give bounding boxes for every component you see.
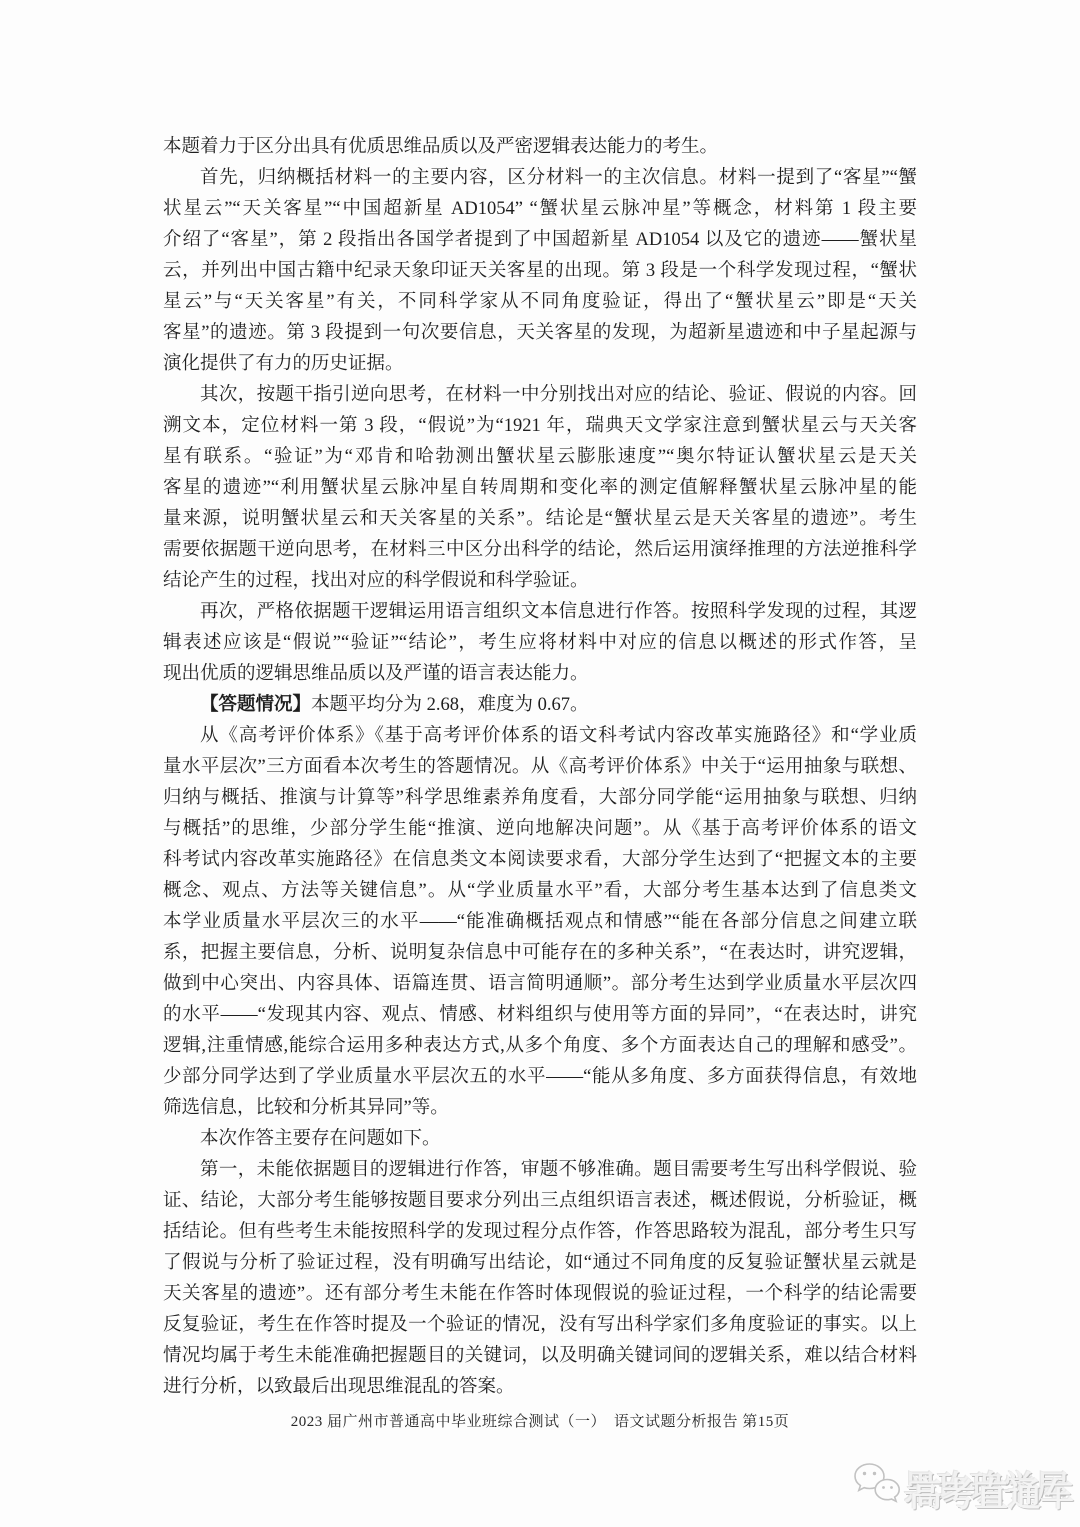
text-line: 反复验证，考生在作答时提及一个验证的情况，没有写出科学家们多角度验证的事实。以上 <box>163 1310 917 1341</box>
text-line: 第一，未能依据题目的逻辑进行作答，审题不够准确。题目需要考生写出科学假说、验 <box>163 1155 917 1186</box>
document-page: 本题着力于区分出具有优质思维品质以及严密逻辑表达能力的考生。首先，归纳概括材料一… <box>0 0 1080 1527</box>
text-line: 从《高考评价体系》《基于高考评价体系的语文科考试内容改革实施路径》和“学业质 <box>163 721 917 752</box>
text-line: 的水平——“发现其内容、观点、情感、材料组织与使用等方面的异同”，“在表达时，讲… <box>163 1000 917 1031</box>
text-line: 介绍了“客星”，第 2 段指出各国学者提到了中国超新星 AD1054 以及它的遗… <box>163 225 917 256</box>
text-line: 星云”与“天关客星”有关，不同科学家从不同角度验证，得出了“蟹状星云”即是“天关 <box>163 287 917 318</box>
text-line: 系，把握主要信息，分析、说明复杂信息中可能存在的多种关系”，“在表达时，讲究逻辑… <box>163 938 917 969</box>
text-line: 证、结论，大部分考生能够按题目要求分列出三点组织语言表述，概述假说，分析验证，概 <box>163 1186 917 1217</box>
text-line: 量水平层次”三方面看本次考生的答题情况。从《高考评价体系》中关于“运用抽象与联想… <box>163 752 917 783</box>
text-line: 溯文本，定位材料一第 3 段，“假说”为“1921 年，瑞典天文学家注意到蟹状星… <box>163 411 917 442</box>
watermark-text-back: 黑玫瑰学屋 <box>904 1462 1069 1509</box>
document-body: 本题着力于区分出具有优质思维品质以及严密逻辑表达能力的考生。首先，归纳概括材料一… <box>163 132 917 1403</box>
text-line: 与概括”的思维，少部分学生能“推演、逆向地解决问题”。从《基于高考评价体系的语文 <box>163 814 917 845</box>
watermark-text-front: 高考直通车 <box>909 1469 1074 1516</box>
text-line: 客星”的遗迹。第 3 段提到一句次要信息，天关客星的发现，为超新星遗迹和中子星起… <box>163 318 917 349</box>
text-line: 结论产生的过程，找出对应的科学假说和科学验证。 <box>163 566 917 597</box>
text-line: 筛选信息，比较和分析其异同”等。 <box>163 1093 917 1124</box>
text-line: 首先，归纳概括材料一的主要内容，区分材料一的主次信息。材料一提到了“客星”“蟹 <box>163 163 917 194</box>
text-line: 【答题情况】本题平均分为 2.68，难度为 0.67。 <box>163 690 917 721</box>
text-line: 少部分同学达到了学业质量水平层次五的水平——“能从多角度、多方面获得信息，有效地 <box>163 1062 917 1093</box>
text-line: 归纳与概括、推演与计算等”科学思维素养角度看，大部分同学能“运用抽象与联想、归纳 <box>163 783 917 814</box>
text-line: 本次作答主要存在问题如下。 <box>163 1124 917 1155</box>
text-line: 进行分析，以致最后出现思维混乱的答案。 <box>163 1372 917 1403</box>
text-line: 本学业质量水平层次三的水平——“能准确概括观点和情感”“能在各部分信息之间建立联 <box>163 907 917 938</box>
text-line: 再次，严格依据题干逻辑运用语言组织文本信息进行作答。按照科学发现的过程，其逻 <box>163 597 917 628</box>
text-line: 云，并列出中国古籍中纪录天象印证天关客星的出现。第 3 段是一个科学发现过程，“… <box>163 256 917 287</box>
text-line: 做到中心突出、内容具体、语篇连贯、语言简明通顺”。部分考生达到学业质量水平层次四 <box>163 969 917 1000</box>
wechat-icon <box>852 1460 902 1513</box>
text-line: 情况均属于考生未能准确把握题目的关键词，以及明确关键词间的逻辑关系，难以结合材料 <box>163 1341 917 1372</box>
page-footer: 2023 届广州市普通高中毕业班综合测试（一） 语文试题分析报告 第15页 <box>0 1410 1080 1431</box>
text-line: 其次，按题干指引逆向思考，在材料一中分别找出对应的结论、验证、假说的内容。回 <box>163 380 917 411</box>
bold-label: 【答题情况】 <box>200 695 311 715</box>
text-line: 本题着力于区分出具有优质思维品质以及严密逻辑表达能力的考生。 <box>163 132 917 163</box>
text-line: 天关客星的遗迹”。还有部分考生未能在作答时体现假说的验证过程，一个科学的结论需要 <box>163 1279 917 1310</box>
text-line: 了假说与分析了验证过程，没有明确写出结论，如“通过不同角度的反复验证蟹状星云就是 <box>163 1248 917 1279</box>
text-line: 辑表述应该是“假说”“验证”“结论”，考生应将材料中对应的信息以概述的形式作答，… <box>163 628 917 659</box>
text-line: 科考试内容改革实施路径》在信息类文本阅读要求看，大部分学生达到了“把握文本的主要 <box>163 845 917 876</box>
text-line: 括结论。但有些考生未能按照科学的发现过程分点作答，作答思路较为混乱，部分考生只写 <box>163 1217 917 1248</box>
text-line: 量来源，说明蟹状星云和天关客星的关系”。结论是“蟹状星云是天关客星的遗迹”。考生 <box>163 504 917 535</box>
watermark: 黑玫瑰学屋 高考直通车 <box>852 1448 1072 1520</box>
text-line: 客星的遗迹”“利用蟹状星云脉冲星自转周期和变化率的测定值解释蟹状星云脉冲星的能 <box>163 473 917 504</box>
text-line: 概念、观点、方法等关键信息”。从“学业质量水平”看，大部分考生基本达到了信息类文 <box>163 876 917 907</box>
text-line: 演化提供了有力的历史证据。 <box>163 349 917 380</box>
text-line: 逻辑,注重情感,能综合运用多种表达方式,从多个角度、多个方面表达自己的理解和感受… <box>163 1031 917 1062</box>
text-line: 现出优质的逻辑思维品质以及严谨的语言表达能力。 <box>163 659 917 690</box>
text-line: 星有联系。“验证”为“邓肯和哈勃测出蟹状星云膨胀速度”“奥尔特证认蟹状星云是天关 <box>163 442 917 473</box>
text-line: 状星云”“天关客星”“中国超新星 AD1054” “蟹状星云脉冲星”等概念，材料… <box>163 194 917 225</box>
text-line: 需要依据题干逆向思考，在材料三中区分出科学的结论，然后运用演绎推理的方法逆推科学 <box>163 535 917 566</box>
